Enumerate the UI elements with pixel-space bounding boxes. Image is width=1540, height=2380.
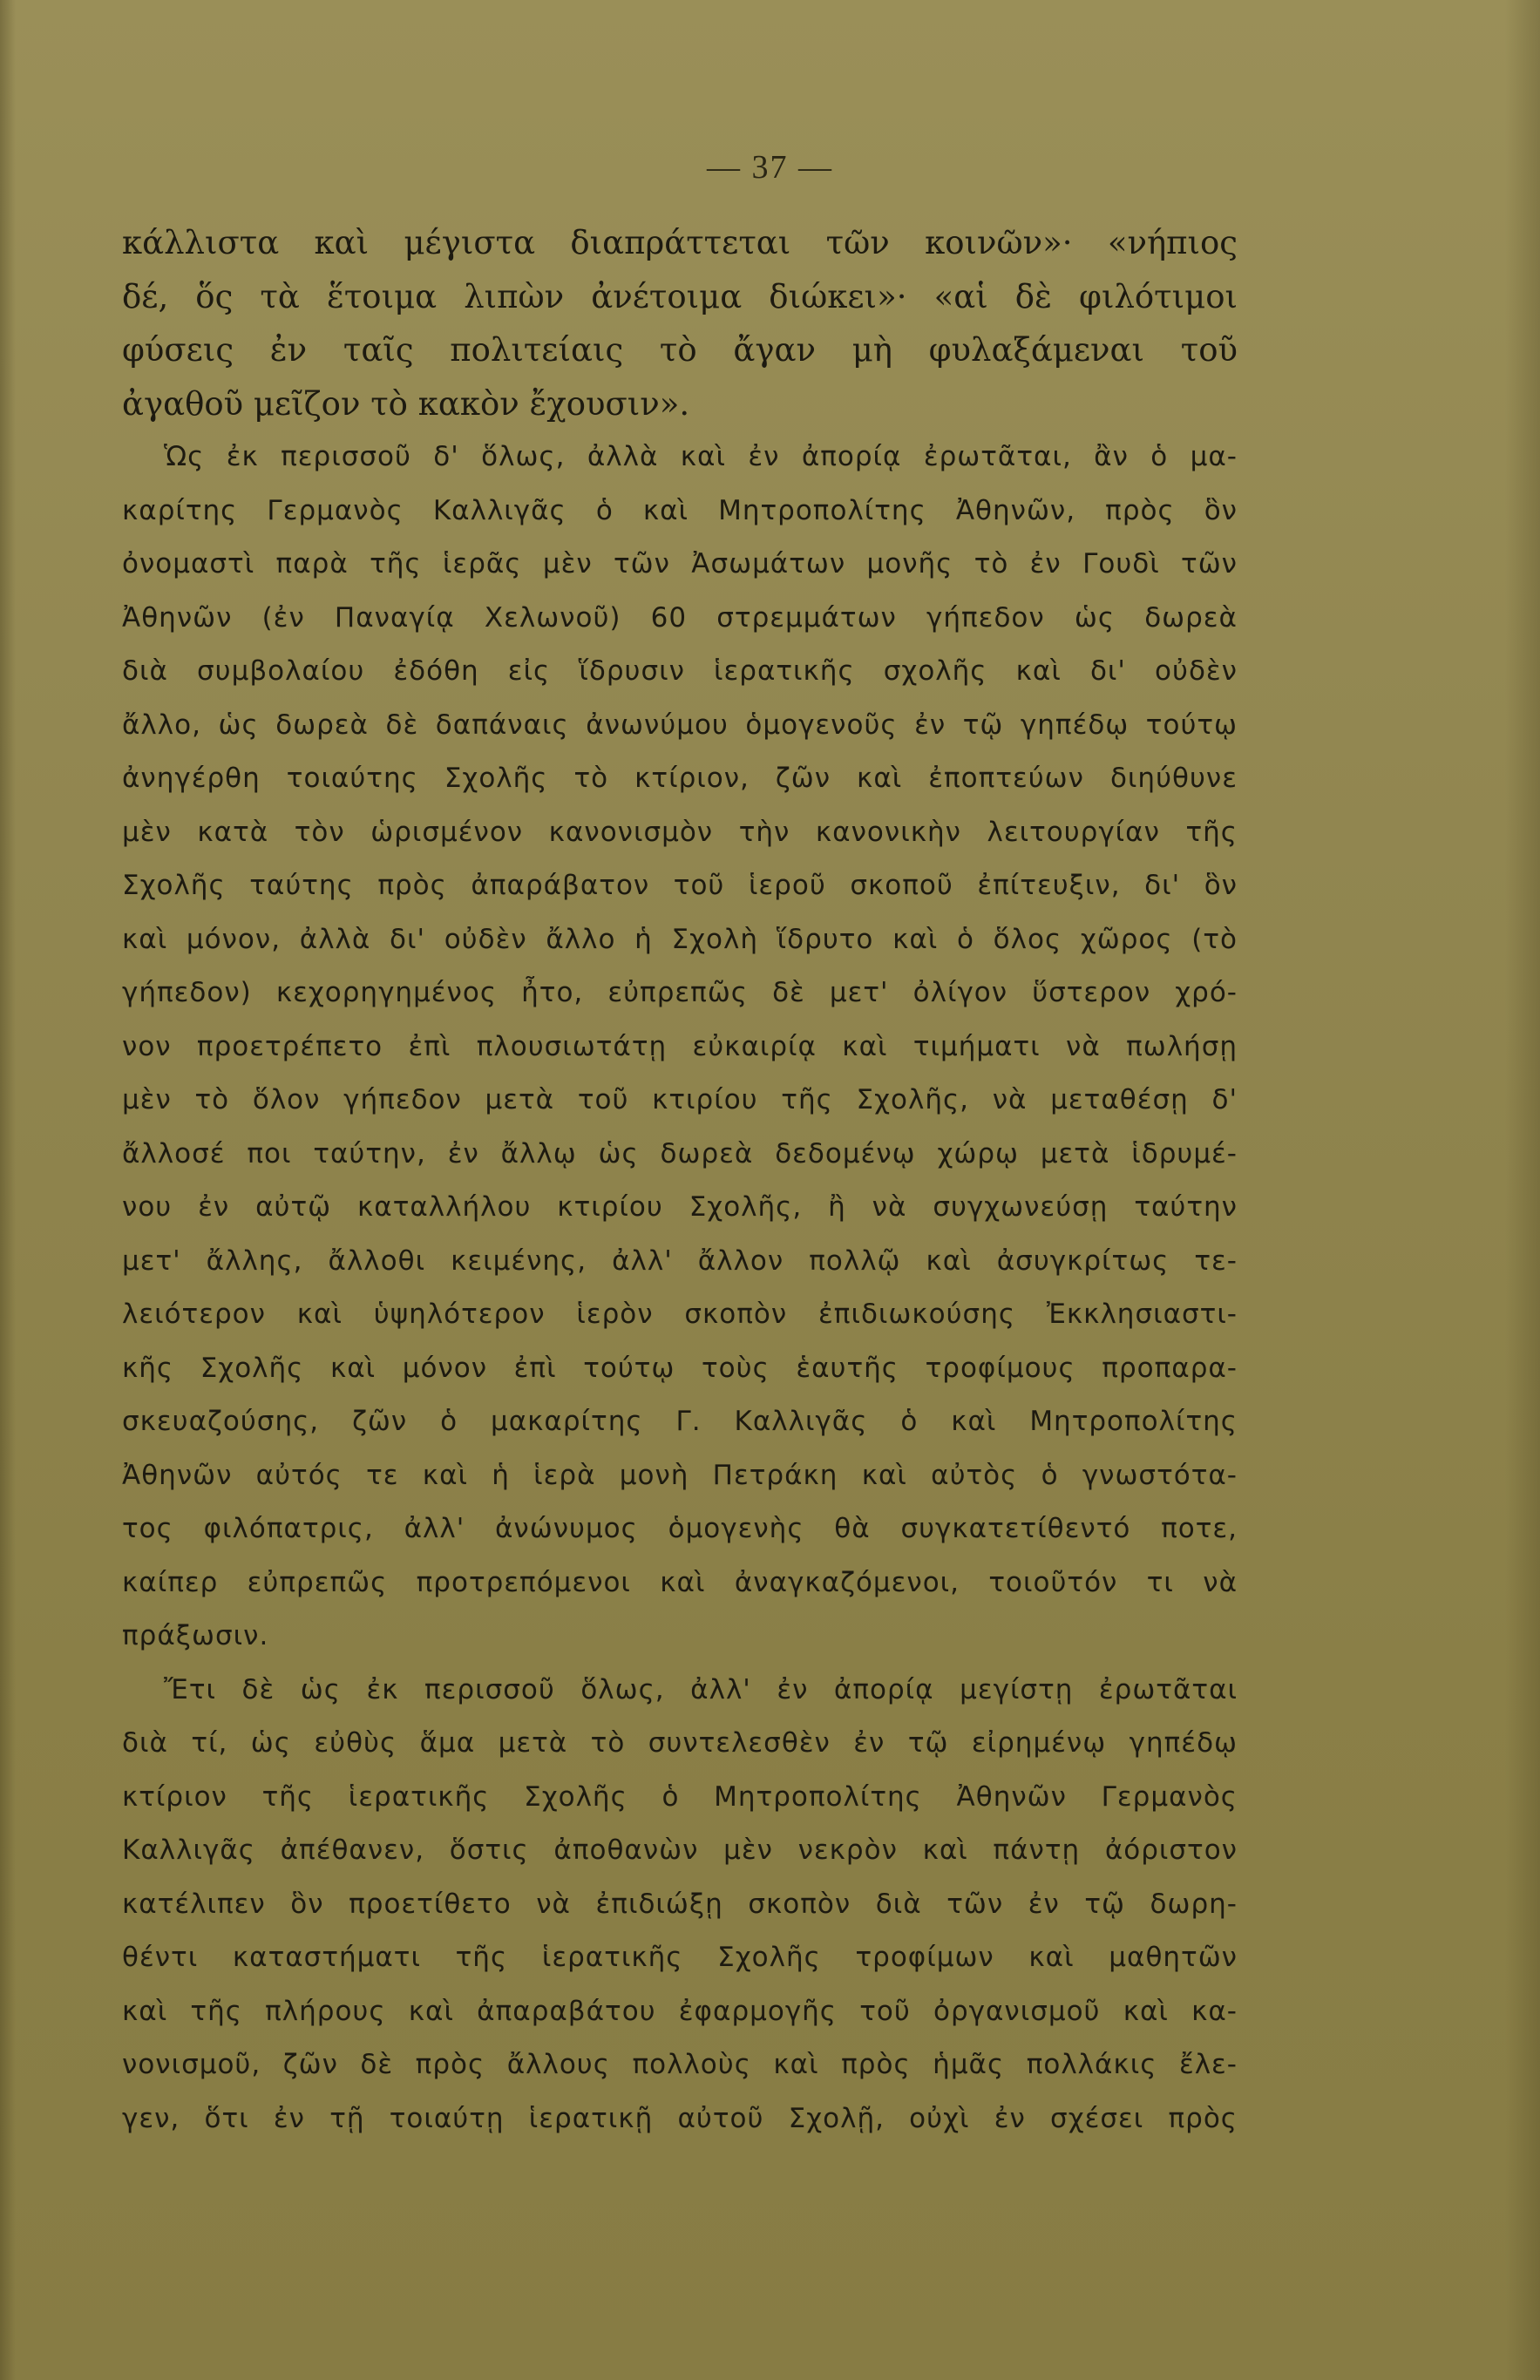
- text-line: Ἀθηνῶν (ἐν Παναγίᾳ Χελωνοῦ) 60 στρεμμάτω…: [122, 592, 1238, 646]
- text-line: ἀνηγέρθη τοιαύτης Σχολῆς τὸ κτίριον, ζῶν…: [122, 752, 1238, 806]
- text-line: καίπερ εὐπρεπῶς προτρεπόμενοι καὶ ἀναγκα…: [122, 1556, 1238, 1610]
- text-line: Ἔτι δὲ ὡς ἐκ περισσοῦ ὅλως, ἀλλ' ἐν ἀπορ…: [122, 1664, 1238, 1718]
- text-line: κάλλιστα καὶ μέγιστα διαπράττεται τῶν κο…: [122, 216, 1238, 270]
- text-line: νονισμοῦ, ζῶν δὲ πρὸς ἄλλους πολλοὺς καὶ…: [122, 2038, 1238, 2092]
- text-line: Ἀθηνῶν αὐτός τε καὶ ἡ ἱερὰ μονὴ Πετράκη …: [122, 1449, 1238, 1503]
- text-line: νου ἐν αὐτῷ καταλλήλου κτιρίου Σχολῆς, ἢ…: [122, 1181, 1238, 1235]
- text-line: κτίριον τῆς ἱερατικῆς Σχολῆς ὁ Μητροπολί…: [122, 1771, 1238, 1825]
- text-line: δέ, ὅς τὰ ἕτοιμα λιπὼν ἀνέτοιμα διώκει»·…: [122, 270, 1238, 324]
- text-line: γήπεδον) κεχορηγημένος ἦτο, εὐπρεπῶς δὲ …: [122, 966, 1238, 1020]
- text-line: μετ' ἄλλης, ἄλλοθι κειμένης, ἀλλ' ἄλλον …: [122, 1235, 1238, 1289]
- text-line: ἄλλο, ὡς δωρεὰ δὲ δαπάναις ἀνωνύμου ὁμογ…: [122, 699, 1238, 753]
- text-line: Ὡς ἐκ περισσοῦ δ' ὅλως, ἀλλὰ καὶ ἐν ἀπορ…: [122, 431, 1238, 485]
- page-number: — 37 —: [0, 148, 1540, 186]
- text-line: ὀνομαστὶ παρὰ τῆς ἱερᾶς μὲν τῶν Ἀσωμάτων…: [122, 538, 1238, 592]
- text-line: κατέλιπεν ὃν προετίθετο νὰ ἐπιδιώξῃ σκοπ…: [122, 1878, 1238, 1932]
- text-line: κῆς Σχολῆς καὶ μόνον ἐπὶ τούτῳ τοὺς ἑαυτ…: [122, 1342, 1238, 1396]
- text-line: τος φιλόπατρις, ἀλλ' ἀνώνυμος ὁμογενὴς θ…: [122, 1502, 1238, 1556]
- text-line: Καλλιγᾶς ἀπέθανεν, ὅστις ἀποθανὼν μὲν νε…: [122, 1824, 1238, 1878]
- text-line: διὰ συμβολαίου ἐδόθη εἰς ἵδρυσιν ἱερατικ…: [122, 645, 1238, 699]
- text-line: καὶ τῆς πλήρους καὶ ἀπαραβάτου ἐφαρμογῆς…: [122, 1985, 1238, 2039]
- text-line: Σχολῆς ταύτης πρὸς ἀπαράβατον τοῦ ἱεροῦ …: [122, 859, 1238, 913]
- text-line: σκευαζούσης, ζῶν ὁ μακαρίτης Γ. Καλλιγᾶς…: [122, 1395, 1238, 1449]
- document-page: — 37 — κάλλιστα καὶ μέγιστα διαπράττεται…: [0, 0, 1540, 2380]
- text-line: φύσεις ἐν ταῖς πολιτείαις τὸ ἄγαν μὴ φυλ…: [122, 323, 1238, 377]
- page-edge-shadow-left: [0, 0, 16, 2380]
- text-line: μὲν τὸ ὅλον γήπεδον μετὰ τοῦ κτιρίου τῆς…: [122, 1074, 1238, 1128]
- body-text: κάλλιστα καὶ μέγιστα διαπράττεται τῶν κο…: [122, 216, 1238, 2146]
- text-line: ἀγαθοῦ μεῖζον τὸ κακὸν ἔχουσιν».: [122, 377, 1238, 431]
- text-line: θέντι καταστήματι τῆς ἱερατικῆς Σχολῆς τ…: [122, 1931, 1238, 1985]
- text-line: λειότερον καὶ ὑψηλότερον ἱερὸν σκοπὸν ἐπ…: [122, 1288, 1238, 1342]
- text-line: διὰ τί, ὡς εὐθὺς ἅμα μετὰ τὸ συντελεσθὲν…: [122, 1717, 1238, 1771]
- text-line: καὶ μόνον, ἀλλὰ δι' οὐδὲν ἄλλο ἡ Σχολὴ ἵ…: [122, 913, 1238, 967]
- page-edge-shadow-right: [1505, 0, 1540, 2380]
- text-line: νον προετρέπετο ἐπὶ πλουσιωτάτῃ εὐκαιρίᾳ…: [122, 1020, 1238, 1075]
- text-line: πράξωσιν.: [122, 1610, 1238, 1664]
- text-line: καρίτης Γερμανὸς Καλλιγᾶς ὁ καὶ Μητροπολ…: [122, 485, 1238, 539]
- text-line: ἄλλοσέ ποι ταύτην, ἐν ἄλλῳ ὡς δωρεὰ δεδο…: [122, 1128, 1238, 1182]
- text-line: μὲν κατὰ τὸν ὡρισμένον κανονισμὸν τὴν κα…: [122, 806, 1238, 860]
- text-line: γεν, ὅτι ἐν τῇ τοιαύτῃ ἱερατικῇ αὐτοῦ Σχ…: [122, 2092, 1238, 2146]
